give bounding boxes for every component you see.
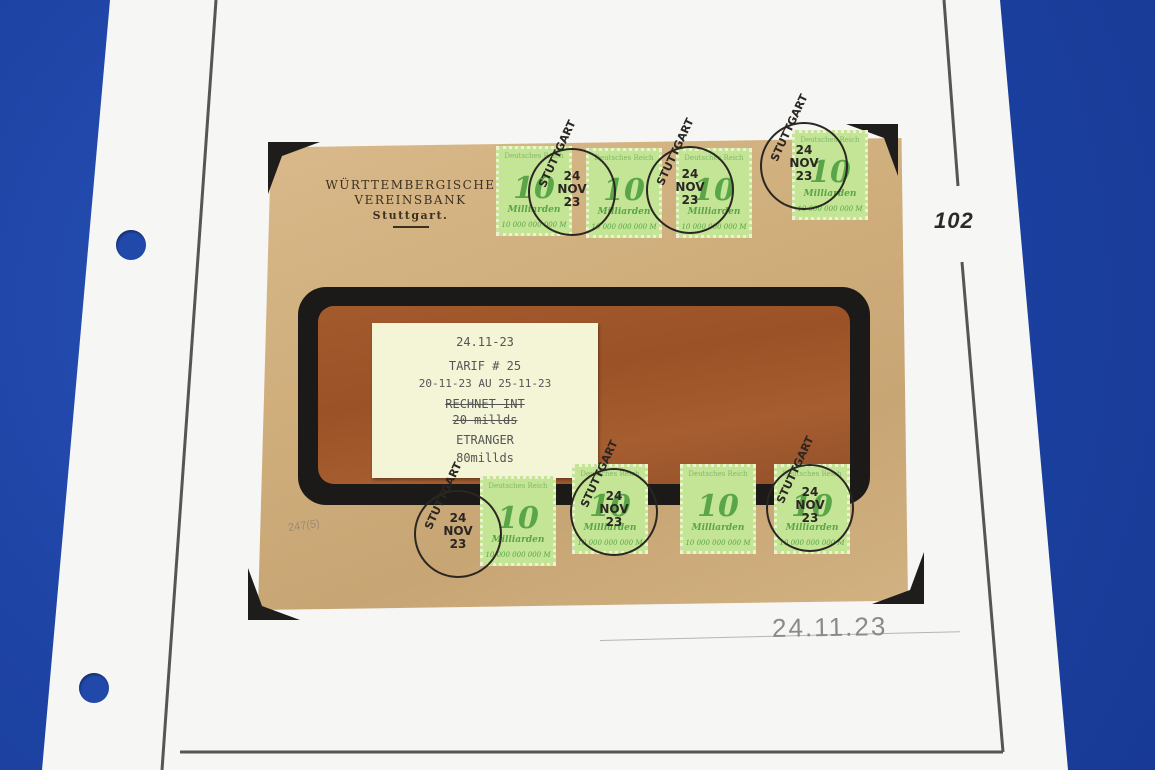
photo-corner-top-left <box>268 142 320 194</box>
binder-hole-bottom <box>79 673 109 703</box>
photo-corner-bottom-right <box>872 552 924 604</box>
postmark: 24NOV23STUTTGART <box>414 490 502 578</box>
page-number: 102 <box>934 208 974 234</box>
note-line: ETRANGER <box>372 433 598 447</box>
note-line: 80millds <box>372 451 598 465</box>
note-line: TARIF # 25 <box>372 359 598 373</box>
sender-line-1: WÜRTTEMBERGISCHE <box>318 178 503 193</box>
sender-imprint: WÜRTTEMBERGISCHE VEREINSBANK Stuttgart. <box>318 178 503 228</box>
sender-line-2: VEREINSBANK <box>318 193 503 208</box>
note-line-struck: 20 millds <box>372 413 598 427</box>
binder-hole-top <box>116 230 146 260</box>
sender-rule <box>393 226 429 228</box>
sender-city: Stuttgart. <box>318 208 503 223</box>
postmark: 24NOV23STUTTGART <box>646 146 734 234</box>
stamp: Deutsches Reich10Milliarden10 000 000 00… <box>680 464 756 554</box>
note-line: 20-11-23 AU 25-11-23 <box>372 377 598 390</box>
note-line-struck: RECHNET INT <box>372 397 598 411</box>
postmark: 24NOV23STUTTGART <box>760 122 848 210</box>
postmark: 24NOV23STUTTGART <box>528 148 616 236</box>
note-card: 24.11-23 TARIF # 25 20-11-23 AU 25-11-23… <box>372 323 598 478</box>
pencil-date: 24.11.23 <box>772 611 888 644</box>
postmark: 24NOV23STUTTGART <box>766 464 854 552</box>
postmark: 24NOV23STUTTGART <box>570 468 658 556</box>
photo-corner-bottom-left <box>248 568 300 620</box>
note-line: 24.11-23 <box>372 335 598 349</box>
